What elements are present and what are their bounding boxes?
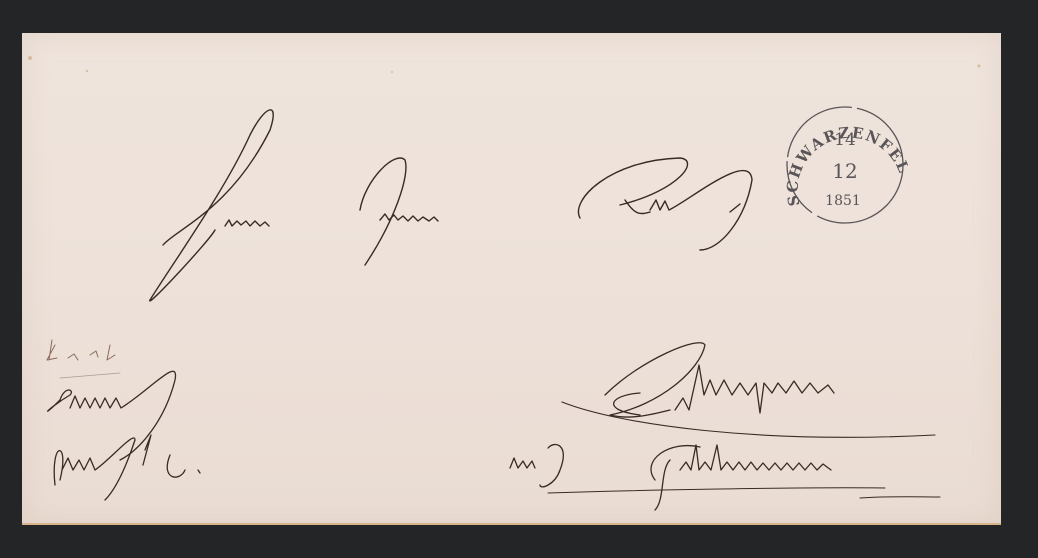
postmark-town: SCHWARZENFELS <box>0 0 913 208</box>
destination-lohrhaupten <box>562 343 935 438</box>
postmark-day: 14 <box>834 130 856 150</box>
postmark-year: 1851 <box>825 193 861 209</box>
via-gelnhausen <box>510 444 940 510</box>
salutation-pfarrer <box>360 158 438 265</box>
postmark: SCHWARZENFELS 14 12 1851 <box>0 0 913 223</box>
svg-text:SCHWARZENFELS: SCHWARZENFELS <box>0 0 913 208</box>
foxing-spots <box>28 56 981 73</box>
salutation-herrn <box>150 110 274 301</box>
handwriting-layer: SCHWARZENFELS 14 12 1851 <box>0 0 1038 558</box>
salutation-reuss <box>578 158 752 250</box>
sender-note <box>47 340 200 500</box>
postmark-month: 12 <box>832 159 857 183</box>
